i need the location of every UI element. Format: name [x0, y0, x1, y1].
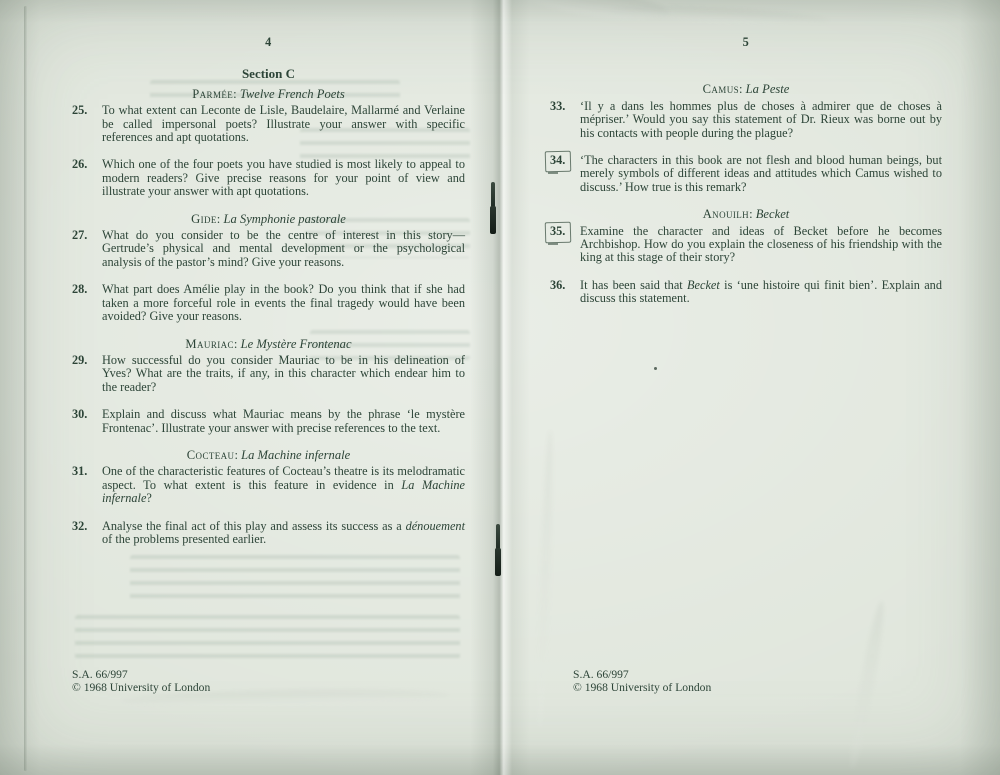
- question-text: ‘Il y a dans les hommes plus de choses à…: [580, 100, 942, 140]
- author-name: Cocteau: [187, 448, 235, 462]
- author-name: Parmée: [192, 87, 233, 101]
- question-number: 26.: [72, 158, 96, 198]
- question-36: 36.It has been said that Becket is ‘une …: [550, 279, 942, 306]
- author-name: Anouilh: [703, 207, 749, 221]
- work-heading: Camus: La Peste: [550, 83, 942, 96]
- question-number: 33.: [550, 100, 574, 140]
- question-34: 34.‘The characters in this book are not …: [550, 154, 942, 194]
- question-text: Explain and discuss what Mauriac means b…: [102, 408, 465, 435]
- work-title: La Peste: [746, 82, 790, 96]
- work-heading: Parmée: Twelve French Poets: [72, 88, 465, 101]
- question-27: 27.What do you consider to be the centre…: [72, 229, 465, 269]
- work-title: La Machine infernale: [241, 448, 350, 462]
- question-text: Analyse the final act of this play and a…: [102, 520, 465, 547]
- copyright-line: © 1968 University of London: [573, 681, 711, 694]
- page-number: 4: [72, 36, 465, 49]
- question-groups: Parmée: Twelve French Poets25.To what ex…: [72, 88, 465, 547]
- work-heading: Anouilh: Becket: [550, 208, 942, 221]
- question-30: 30.Explain and discuss what Mauriac mean…: [72, 408, 465, 435]
- paper-crease: [610, 2, 830, 27]
- work-heading: Mauriac: Le Mystère Frontenac: [72, 338, 465, 351]
- page-number: 5: [550, 36, 942, 49]
- question-33: 33.‘Il y a dans les hommes plus de chose…: [550, 100, 942, 140]
- question-number: 28.: [72, 283, 96, 323]
- work-title: Becket: [756, 207, 790, 221]
- right-page: 5 Camus: La Peste33.‘Il y a dans les hom…: [550, 36, 942, 320]
- author-name: Gide: [191, 212, 217, 226]
- question-32: 32.Analyse the final act of this play an…: [72, 520, 465, 547]
- question-text: To what extent can Leconte de Lisle, Bau…: [102, 104, 465, 144]
- question-35: 35.Examine the character and ideas of Be…: [550, 225, 942, 265]
- under-page-edge: [24, 6, 27, 771]
- document-reference: S.A. 66/997: [72, 668, 210, 681]
- question-text: ‘The characters in this book are not fle…: [580, 154, 942, 194]
- question-number-pencil-boxed: 34.: [550, 154, 574, 194]
- question-number-pencil-boxed: 35.: [550, 225, 574, 265]
- question-number: 27.: [72, 229, 96, 269]
- question-number: 25.: [72, 104, 96, 144]
- question-text: How successful do you consider Mauriac t…: [102, 354, 465, 394]
- question-28: 28.What part does Amélie play in the boo…: [72, 283, 465, 323]
- ink-speck: [654, 367, 657, 370]
- author-name: Camus: [703, 82, 739, 96]
- centre-fold: [470, 0, 530, 775]
- question-text: It has been said that Becket is ‘une his…: [580, 279, 942, 306]
- work-title: La Symphonie pastorale: [223, 212, 345, 226]
- work-title: Twelve French Poets: [240, 87, 345, 101]
- question-29: 29.How successful do you consider Mauria…: [72, 354, 465, 394]
- question-25: 25.To what extent can Leconte de Lisle, …: [72, 104, 465, 144]
- work-heading: Cocteau: La Machine infernale: [72, 449, 465, 462]
- question-number: 31.: [72, 465, 96, 505]
- staple-icon: [492, 524, 503, 580]
- question-text: One of the characteristic features of Co…: [102, 465, 465, 505]
- page-footer: S.A. 66/997 © 1968 University of London: [573, 668, 711, 694]
- staple-icon: [487, 182, 498, 234]
- question-number: 30.: [72, 408, 96, 435]
- question-text: Which one of the four poets you have stu…: [102, 158, 465, 198]
- question-number: 36.: [550, 279, 574, 306]
- left-page: 4 Section C Parmée: Twelve French Poets2…: [72, 36, 465, 560]
- question-number: 32.: [72, 520, 96, 547]
- paper-crease: [535, 430, 555, 730]
- author-name: Mauriac: [185, 337, 234, 351]
- copyright-line: © 1968 University of London: [72, 681, 210, 694]
- paper-crease: [845, 600, 888, 770]
- show-through-text: [75, 615, 460, 659]
- question-number: 29.: [72, 354, 96, 394]
- question-26: 26.Which one of the four poets you have …: [72, 158, 465, 198]
- section-heading: Section C: [72, 67, 465, 80]
- question-groups: Camus: La Peste33.‘Il y a dans les homme…: [550, 67, 942, 305]
- work-title: Le Mystère Frontenac: [241, 337, 352, 351]
- question-31: 31.One of the characteristic features of…: [72, 465, 465, 505]
- scanned-exam-booklet: 4 Section C Parmée: Twelve French Poets2…: [0, 0, 1000, 775]
- page-footer: S.A. 66/997 © 1968 University of London: [72, 668, 210, 694]
- question-text: What do you consider to be the centre of…: [102, 229, 465, 269]
- question-text: What part does Amélie play in the book? …: [102, 283, 465, 323]
- work-heading: Gide: La Symphonie pastorale: [72, 213, 465, 226]
- question-text: Examine the character and ideas of Becke…: [580, 225, 942, 265]
- show-through-text: [130, 555, 460, 605]
- document-reference: S.A. 66/997: [573, 668, 711, 681]
